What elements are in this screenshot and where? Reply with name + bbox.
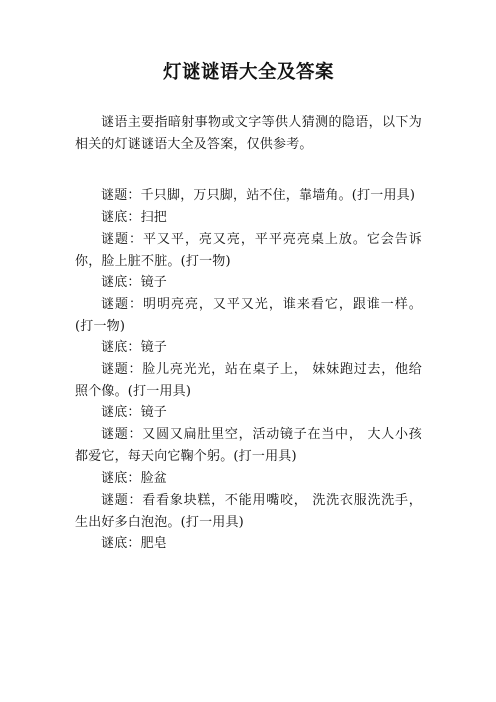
riddle-6: 谜题：看看象块糕，不能用嘴咬， 洗洗衣服洗洗手，生出好多白泡泡。(打一用具) <box>75 490 422 533</box>
riddle-1: 谜题：千只脚，万只脚，站不住，靠墙角。(打一用具) <box>75 185 422 207</box>
riddle-4: 谜题：脸儿亮光光，站在桌子上， 妹妹跑过去，他给照个像。(打一用具) <box>75 359 422 402</box>
riddle-5: 谜题：又圆又扁肚里空，活动镜子在当中， 大人小孩都爱它，每天向它鞠个躬。(打一用… <box>75 424 422 467</box>
answer-5: 谜底：脸盆 <box>75 468 422 490</box>
answer-2: 谜底：镜子 <box>75 272 422 294</box>
answer-3: 谜底：镜子 <box>75 337 422 359</box>
intro-paragraph: 谜语主要指暗射事物或文字等供人猜测的隐语，以下为相关的灯谜谜语大全及答案，仅供参… <box>75 112 422 155</box>
answer-4: 谜底：镜子 <box>75 402 422 424</box>
answer-1: 谜底：扫把 <box>75 207 422 229</box>
document-title: 灯谜谜语大全及答案 <box>75 61 422 85</box>
riddle-3: 谜题：明明亮亮，又平又光，谁来看它，跟谁一样。(打一物) <box>75 294 422 337</box>
riddle-2: 谜题：平又平，亮又亮，平平亮亮桌上放。它会告诉你，脸上脏不脏。(打一物) <box>75 229 422 272</box>
answer-6: 谜底：肥皂 <box>75 533 422 555</box>
